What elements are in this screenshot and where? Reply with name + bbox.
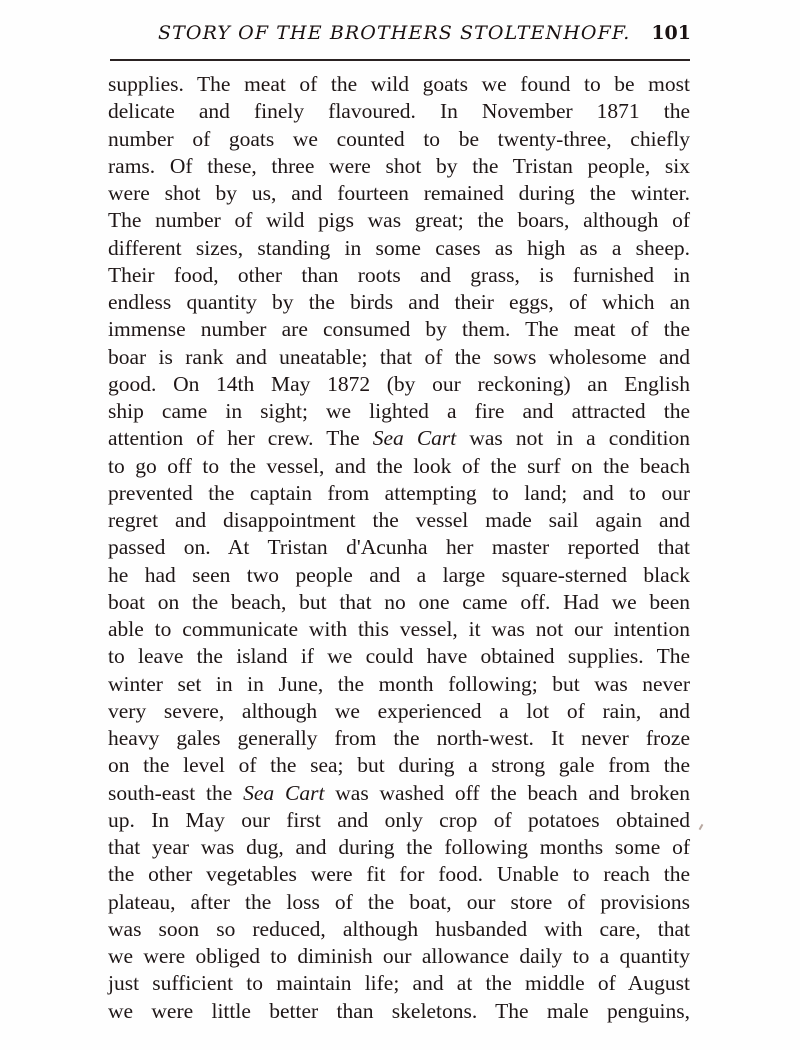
text-line: regret and disappointment the vessel mad… <box>108 507 690 534</box>
text-line: able to communicate with this vessel, it… <box>108 616 690 643</box>
text-run: the other vegetables were fit for food. … <box>108 862 690 886</box>
text-run: was soon so reduced, although husbanded … <box>108 917 690 941</box>
text-line: very severe, although we experienced a l… <box>108 698 690 725</box>
body-text: supplies. The meat of the wild goats we … <box>108 71 690 1025</box>
text-line: passed on. At Tristan d'Acunha her maste… <box>108 534 690 561</box>
text-run: south-east the <box>108 781 243 805</box>
text-line: different sizes, standing in some cases … <box>108 235 690 262</box>
book-page: STORY OF THE BROTHERS STOLTENHOFF. 101 s… <box>0 0 800 1050</box>
ship-name-italic: Sea Cart <box>243 781 324 805</box>
text-run: able to communicate with this vessel, it… <box>108 617 690 641</box>
text-run: to leave the island if we could have obt… <box>108 644 690 668</box>
text-run: were shot by us, and fourteen remained d… <box>108 181 690 205</box>
text-line: he had seen two people and a large squar… <box>108 562 690 589</box>
text-line: was soon so reduced, although husbanded … <box>108 916 690 943</box>
text-run: attention of her crew. The <box>108 426 373 450</box>
text-run: plateau, after the loss of the boat, our… <box>108 890 690 914</box>
text-line: endless quantity by the birds and their … <box>108 289 690 316</box>
text-run: we were obliged to diminish our allowanc… <box>108 944 690 968</box>
text-line: heavy gales generally from the north-wes… <box>108 725 690 752</box>
text-run: we were little better than skeletons. Th… <box>108 999 690 1023</box>
text-run: ship came in sight; we lighted a fire an… <box>108 399 690 423</box>
running-head: STORY OF THE BROTHERS STOLTENHOFF. 101 <box>108 20 691 52</box>
text-run: boat on the beach, but that no one came … <box>108 590 690 614</box>
text-run: heavy gales generally from the north-wes… <box>108 726 690 750</box>
text-line: to go off to the vessel, and the look of… <box>108 453 690 480</box>
text-line: number of goats we counted to be twenty-… <box>108 126 690 153</box>
ship-name-italic: Sea Cart <box>373 426 457 450</box>
text-line: we were little better than skeletons. Th… <box>108 998 690 1025</box>
text-run: rams. Of these, three were shot by the T… <box>108 154 690 178</box>
running-title: STORY OF THE BROTHERS STOLTENHOFF. <box>158 22 630 44</box>
text-line: winter set in in June, the month followi… <box>108 671 690 698</box>
text-line: plateau, after the loss of the boat, our… <box>108 889 690 916</box>
text-run: supplies. The meat of the wild goats we … <box>108 72 690 96</box>
text-run: was washed off the beach and broken <box>324 781 690 805</box>
text-line: to leave the island if we could have obt… <box>108 643 690 670</box>
ink-mark <box>699 824 704 830</box>
text-run: The number of wild pigs was great; the b… <box>108 208 690 232</box>
text-run: delicate and finely flavoured. In Novemb… <box>108 99 690 123</box>
text-line: that year was dug, and during the follow… <box>108 834 690 861</box>
text-line: good. On 14th May 1872 (by our reckoning… <box>108 371 690 398</box>
text-run: good. On 14th May 1872 (by our reckoning… <box>108 372 690 396</box>
text-run: was not in a condition <box>456 426 690 450</box>
text-run: different sizes, standing in some cases … <box>108 236 690 260</box>
text-run: to go off to the vessel, and the look of… <box>108 454 690 478</box>
text-line: ship came in sight; we lighted a fire an… <box>108 398 690 425</box>
text-run: very severe, although we experienced a l… <box>108 699 690 723</box>
text-run: Their food, other than roots and grass, … <box>108 263 690 287</box>
text-line: supplies. The meat of the wild goats we … <box>108 71 690 98</box>
text-line: attention of her crew. The Sea Cart was … <box>108 425 690 452</box>
text-line: up. In May our first and only crop of po… <box>108 807 690 834</box>
text-run: on the level of the sea; but during a st… <box>108 753 690 777</box>
text-run: boar is rank and uneatable; that of the … <box>108 345 690 369</box>
text-line: were shot by us, and fourteen remained d… <box>108 180 690 207</box>
header-rule <box>110 59 690 61</box>
text-run: just sufficient to maintain life; and at… <box>108 971 690 995</box>
text-line: immense number are consumed by them. The… <box>108 316 690 343</box>
text-line: boat on the beach, but that no one came … <box>108 589 690 616</box>
text-line: prevented the captain from attempting to… <box>108 480 690 507</box>
text-line: on the level of the sea; but during a st… <box>108 752 690 779</box>
text-line: Their food, other than roots and grass, … <box>108 262 690 289</box>
text-run: he had seen two people and a large squar… <box>108 563 690 587</box>
text-run: passed on. At Tristan d'Acunha her maste… <box>108 535 690 559</box>
text-run: endless quantity by the birds and their … <box>108 290 690 314</box>
text-run: up. In May our first and only crop of po… <box>108 808 690 832</box>
text-line: south-east the Sea Cart was washed off t… <box>108 780 690 807</box>
text-run: regret and disappointment the vessel mad… <box>108 508 690 532</box>
text-line: the other vegetables were fit for food. … <box>108 861 690 888</box>
text-run: winter set in in June, the month followi… <box>108 672 690 696</box>
page-number: 101 <box>651 22 691 44</box>
text-run: prevented the captain from attempting to… <box>108 481 690 505</box>
text-run: immense number are consumed by them. The… <box>108 317 690 341</box>
text-line: rams. Of these, three were shot by the T… <box>108 153 690 180</box>
text-run: that year was dug, and during the follow… <box>108 835 690 859</box>
text-run: number of goats we counted to be twenty-… <box>108 127 690 151</box>
text-line: we were obliged to diminish our allowanc… <box>108 943 690 970</box>
text-line: just sufficient to maintain life; and at… <box>108 970 690 997</box>
text-line: boar is rank and uneatable; that of the … <box>108 344 690 371</box>
text-line: The number of wild pigs was great; the b… <box>108 207 690 234</box>
text-line: delicate and finely flavoured. In Novemb… <box>108 98 690 125</box>
